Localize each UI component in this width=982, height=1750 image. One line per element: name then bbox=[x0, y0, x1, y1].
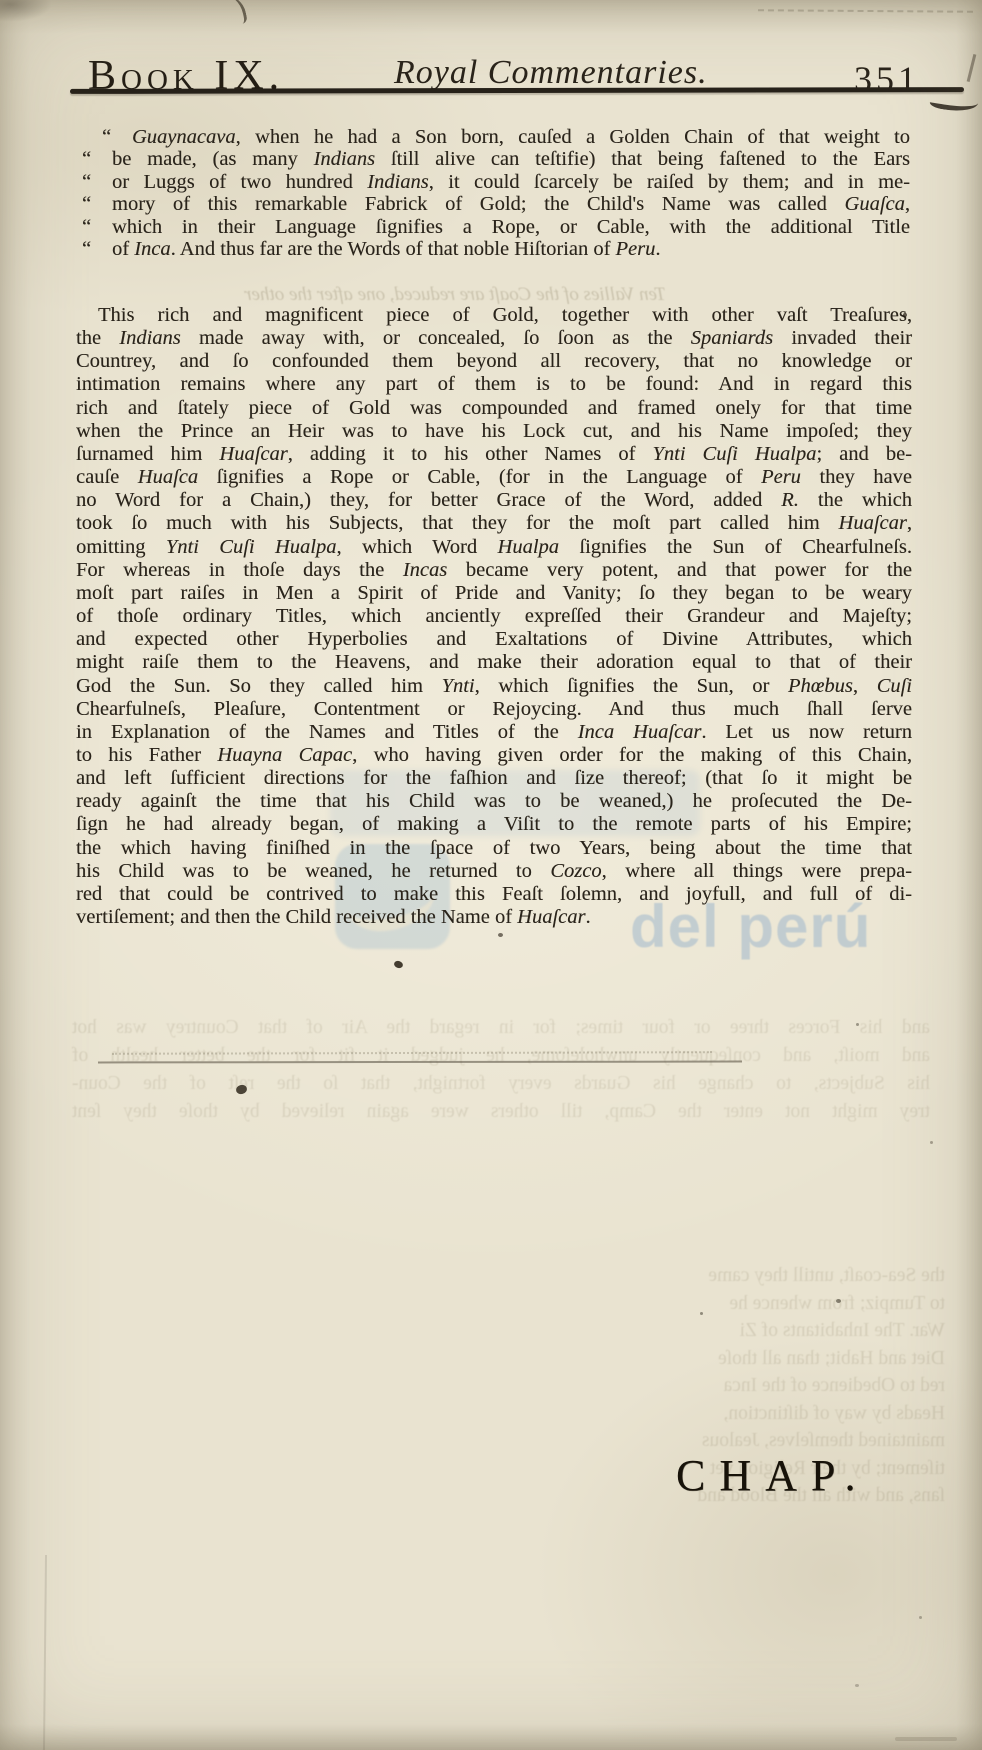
quote-line-text: mory of this remarkable Fabrick of Gold;… bbox=[112, 193, 910, 215]
text-line: took ſo much with his Subjects, that the… bbox=[76, 512, 912, 535]
text-line: “of Inca. And thus far are the Words of … bbox=[82, 238, 910, 260]
separator-dashes bbox=[112, 1051, 712, 1055]
running-title: Royal Commentaries. bbox=[394, 54, 708, 92]
text-line: rich and ſtately piece of Gold was compo… bbox=[76, 397, 912, 420]
text-line: Heads by way of diſtinction, bbox=[545, 1400, 945, 1428]
quote-line-text: which in their Language ſignifies a Rope… bbox=[112, 216, 910, 238]
text-line: and left ſufficient directions for the f… bbox=[76, 767, 912, 790]
text-line: cauſe Huaſca ſignifies a Rope or Cable, … bbox=[76, 466, 912, 489]
ink-speck bbox=[700, 1312, 703, 1315]
text-line: God the Sun. So they called him Ynti, wh… bbox=[76, 675, 912, 698]
ink-speck bbox=[393, 960, 404, 970]
text-line: and expected other Hyperbolies and Exalt… bbox=[76, 628, 912, 651]
text-line: moſt part raiſes in Men a Spirit of Prid… bbox=[76, 582, 912, 605]
text-line: when the Prince an Heir was to have his … bbox=[76, 420, 912, 443]
text-line: the Sea-coaſt, untill they came bbox=[545, 1262, 945, 1290]
text-line: of thoſe ordinary Titles, which ancientl… bbox=[76, 605, 912, 628]
text-line: “Guaynacava, when he had a Son born, cau… bbox=[82, 126, 910, 148]
edge-scribble bbox=[758, 9, 973, 13]
ink-speck bbox=[930, 1141, 933, 1144]
bottom-streak bbox=[895, 1737, 957, 1741]
quote-mark: “ bbox=[82, 193, 112, 215]
separator-line bbox=[98, 1061, 742, 1064]
edge-tick-mark bbox=[967, 54, 977, 82]
header-rule-flourish bbox=[929, 90, 979, 114]
text-line: This rich and magnificent piece of Gold,… bbox=[76, 304, 912, 327]
ink-speck bbox=[919, 1616, 922, 1619]
ink-speck bbox=[235, 1084, 248, 1096]
text-line: red that could be contrived to make this… bbox=[76, 883, 912, 906]
ink-speck bbox=[903, 313, 907, 317]
corner-smudge bbox=[0, 0, 52, 22]
text-line: intimation remains where any part of the… bbox=[76, 373, 912, 396]
page-number: 351 bbox=[854, 58, 920, 100]
bleedthrough-middle: and his Forces three or four times; for … bbox=[72, 1014, 930, 1126]
text-line: Countrey, and ſo confounded them beyond … bbox=[76, 350, 912, 373]
ink-speck bbox=[498, 933, 503, 937]
quote-line-text: or Luggs of two hundred Indians, it coul… bbox=[112, 171, 910, 193]
quote-mark: “ bbox=[82, 171, 112, 193]
text-line: might raiſe them to the Heavens, and mak… bbox=[76, 651, 912, 674]
quoted-paragraph: “Guaynacava, when he had a Son born, cau… bbox=[82, 126, 910, 260]
body-paragraph: This rich and magnificent piece of Gold,… bbox=[76, 304, 912, 929]
text-line: in Explanation of the Names and Titles o… bbox=[76, 721, 912, 744]
text-line: “mory of this remarkable Fabrick of Gold… bbox=[82, 193, 910, 215]
quote-line-text: be made, (as many Indians ſtill alive ca… bbox=[112, 148, 910, 170]
bleedthrough-upper: Ten Vallies of the Coaſt are reduced, on… bbox=[130, 284, 780, 306]
quote-mark: “ bbox=[82, 148, 112, 170]
text-line: the Indians made away with, or concealed… bbox=[76, 327, 912, 350]
text-line: ſign he had already began, of making a V… bbox=[76, 813, 912, 836]
text-line: to his Father Huayna Capac, who having g… bbox=[76, 744, 912, 767]
text-line: “which in their Language ſignifies a Rop… bbox=[82, 216, 910, 238]
text-line: For whereas in thoſe days the Incas beca… bbox=[76, 559, 912, 582]
text-line: ſurnamed him Huaſcar, adding it to his o… bbox=[76, 443, 912, 466]
text-line: “or Luggs of two hundred Indians, it cou… bbox=[82, 171, 910, 193]
text-line: and moiſt, and conſequently unwholeſome,… bbox=[72, 1042, 930, 1070]
text-line: to Tumpiz; from whence he bbox=[545, 1290, 945, 1318]
text-line: ready againſt the time that his Child wa… bbox=[76, 790, 912, 813]
quote-line-text: of Inca. And thus far are the Words of t… bbox=[112, 238, 910, 260]
text-line: his Subjects, to change his Guards every… bbox=[72, 1070, 930, 1098]
text-line: Chearfulneſs, Pleaſure, Contentment or R… bbox=[76, 698, 912, 721]
text-line: red to Obedience of the Inca bbox=[545, 1372, 945, 1400]
quote-line-text: Guaynacava, when he had a Son born, cauſ… bbox=[132, 126, 910, 148]
text-line: “be made, (as many Indians ſtill alive c… bbox=[82, 148, 910, 170]
chapter-catchword: CHAP. bbox=[676, 1450, 870, 1501]
text-line: Ten Vallies of the Coaſt are reduced, on… bbox=[130, 284, 780, 306]
ink-speck bbox=[856, 1023, 859, 1026]
ink-speck bbox=[855, 1684, 859, 1687]
pen-stroke-mark bbox=[213, 0, 248, 29]
quote-mark: “ bbox=[82, 238, 112, 260]
paper-crease bbox=[43, 1555, 47, 1750]
text-line: Diet and Habit; than all thoſe bbox=[545, 1345, 945, 1373]
text-line: War. The Inhabitants of Zi bbox=[545, 1317, 945, 1345]
text-line: no Word for a Chain,) they, for better G… bbox=[76, 489, 912, 512]
ink-speck bbox=[836, 1299, 841, 1303]
text-line: the which having finiſhed in the ſpace o… bbox=[76, 837, 912, 860]
text-line: trey might not enter the Camp, till othe… bbox=[72, 1098, 930, 1126]
text-line: and his Forces three or four times; for … bbox=[72, 1014, 930, 1042]
text-line: omitting Ynti Cuſi Hualpa, which Word Hu… bbox=[76, 536, 912, 559]
quote-mark: “ bbox=[82, 216, 112, 238]
text-line: vertiſement; and then the Child received… bbox=[76, 906, 912, 929]
text-line: his Child was to be weaned, he returned … bbox=[76, 860, 912, 883]
quote-mark: “ bbox=[82, 126, 132, 148]
book-page: Book IX. Royal Commentaries. 351 “Guayna… bbox=[0, 0, 982, 1750]
